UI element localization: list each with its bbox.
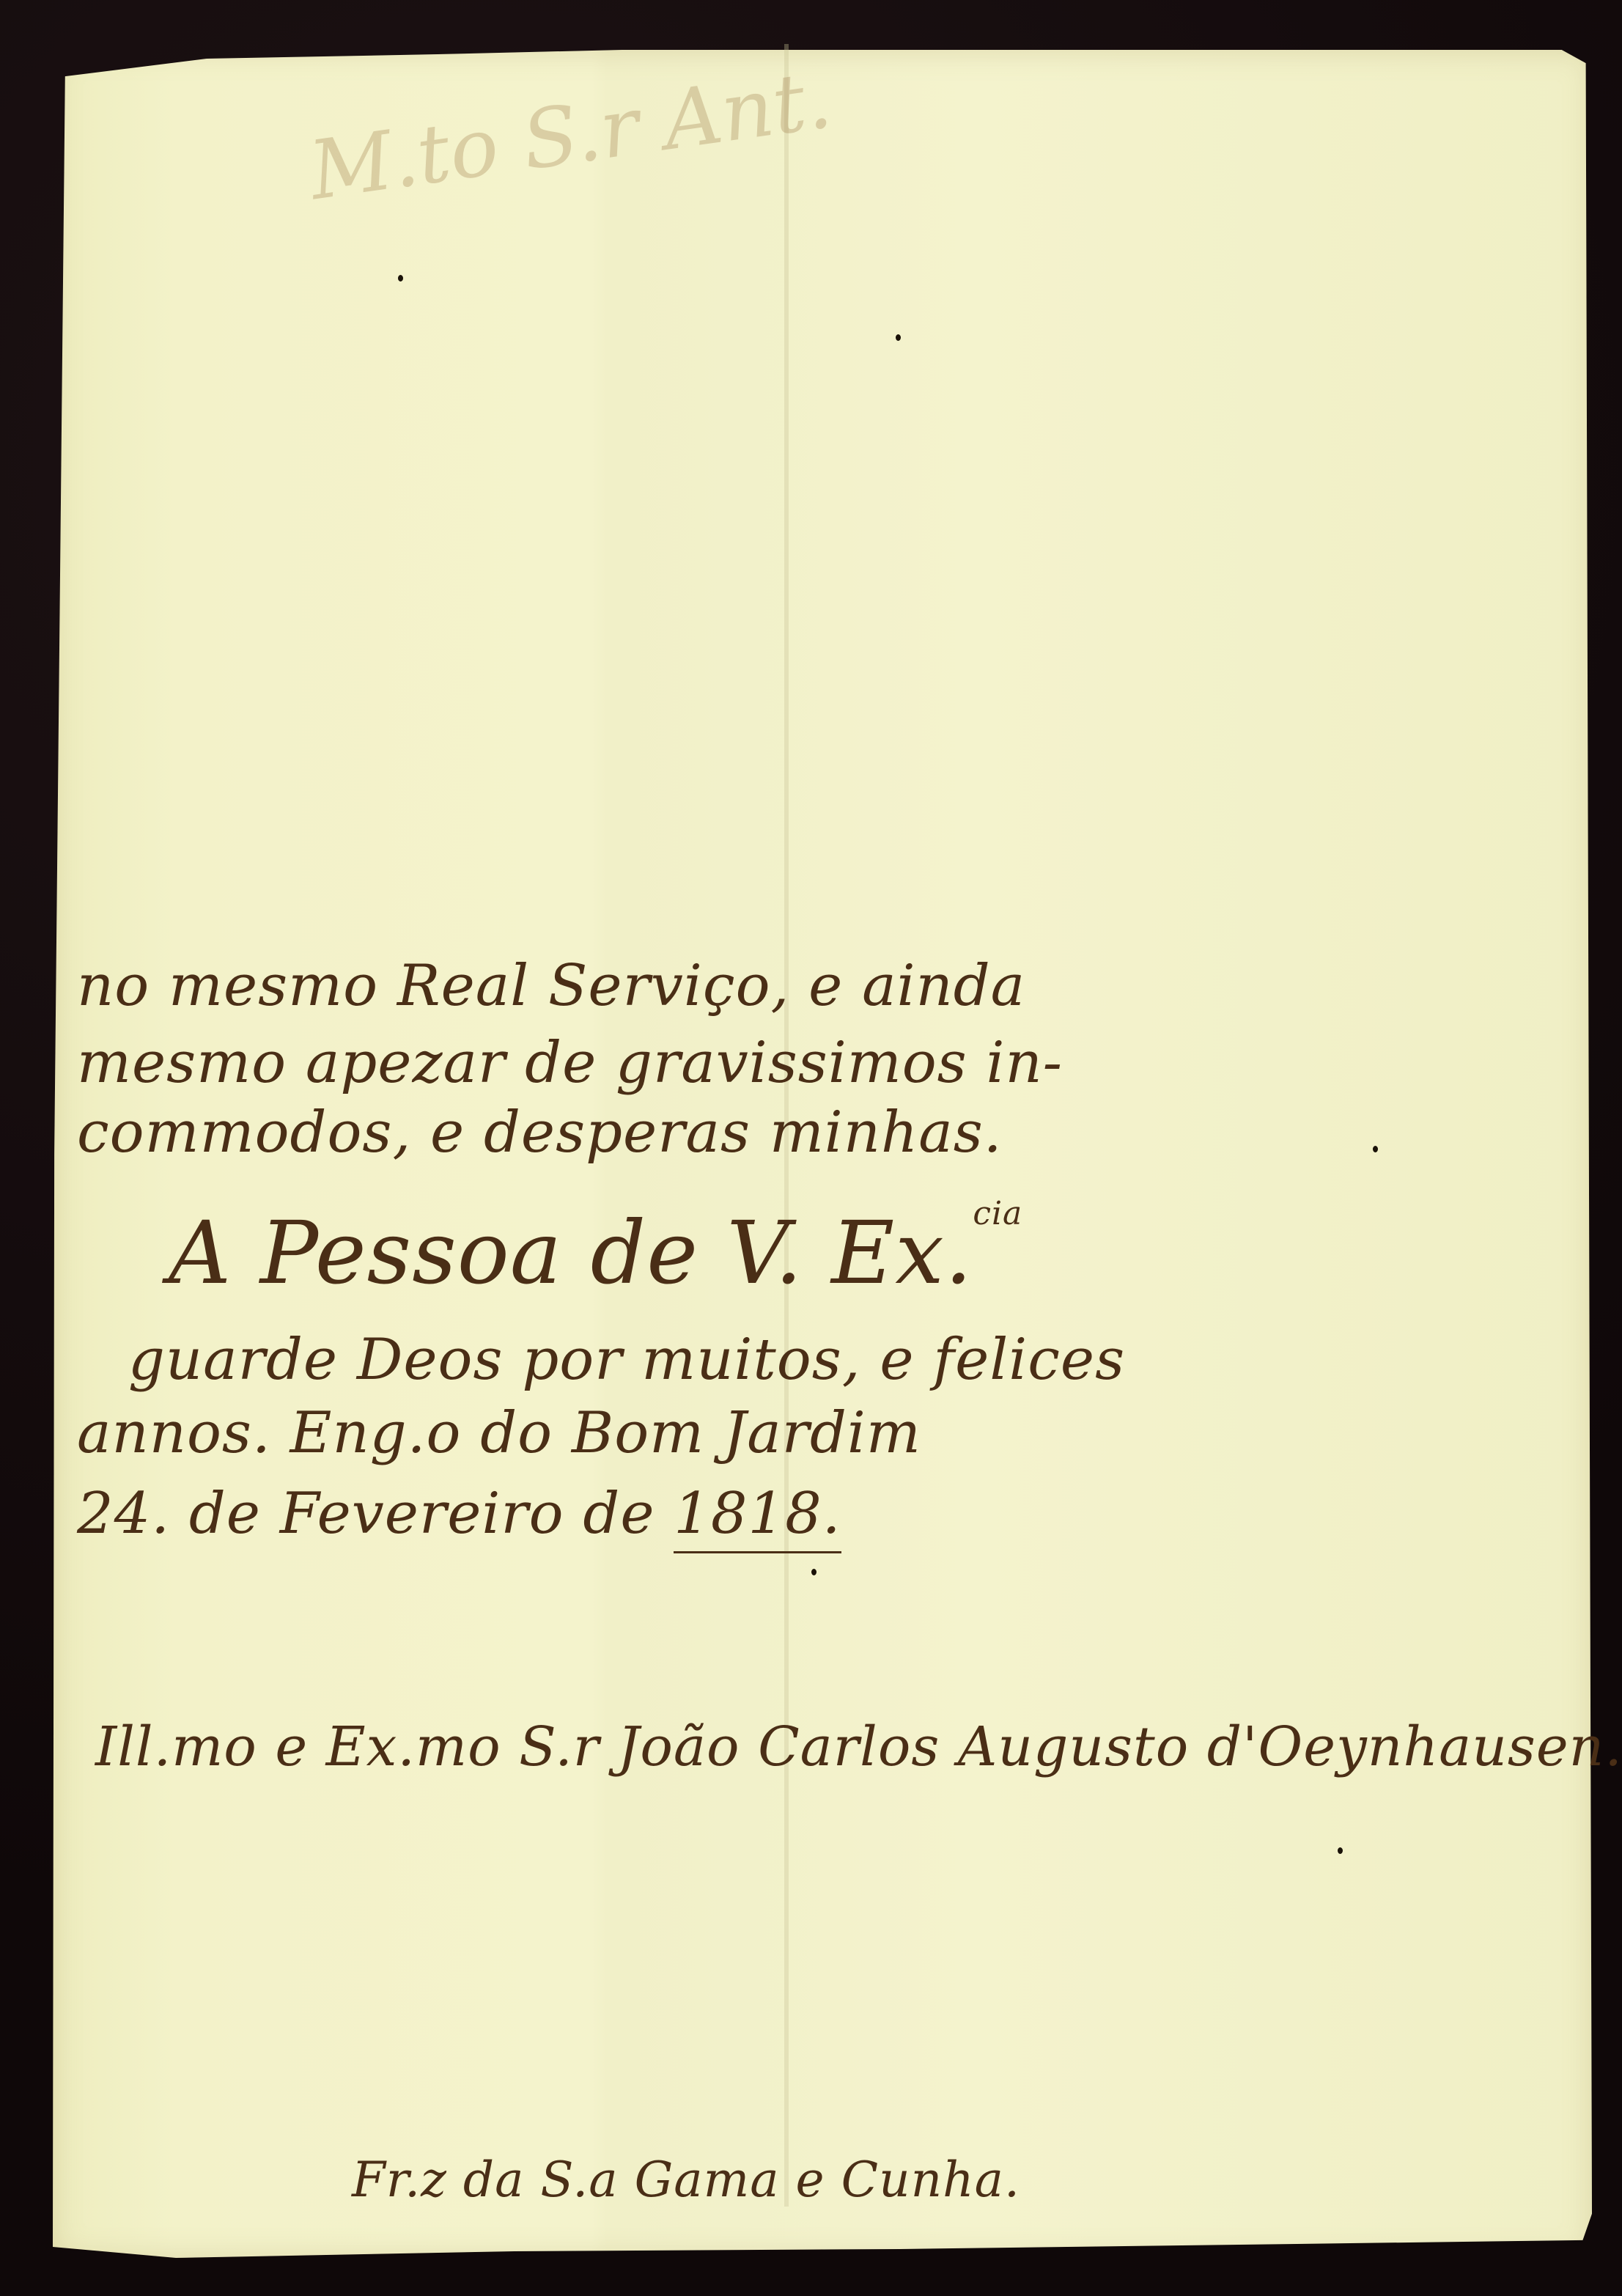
body-line-3: commodos, e desperas minhas. — [77, 1100, 1003, 1166]
closing-text: A Pessoa de V. Ex. — [169, 1202, 973, 1303]
blessing-line-1: guarde Deos por muitos, e felices — [128, 1327, 1125, 1393]
ink-speck — [1373, 1146, 1378, 1152]
addressee-line: Ill.mo e Ex.mo S.r João Carlos Augusto d… — [95, 1715, 1622, 1778]
ink-speck — [811, 1569, 816, 1575]
addressee-name: João Carlos Augusto d'Oeynhausen. — [618, 1715, 1622, 1778]
ink-speck — [896, 334, 901, 341]
ink-speck — [398, 275, 403, 282]
blessing-line-2: annos. Eng.o do Bom Jardim — [77, 1400, 921, 1466]
closing-superscript: cia — [973, 1195, 1022, 1232]
closing-formula: A Pessoa de V. Ex.cia — [169, 1202, 1022, 1303]
date-line: 24. de Fevereiro de 1818. — [77, 1481, 841, 1547]
addressee-honorific: Ill.mo e Ex.mo S.r — [95, 1715, 600, 1778]
date-prefix: 24. de Fevereiro de — [77, 1481, 674, 1547]
body-line-2: mesmo apezar de gravissimos in- — [77, 1030, 1063, 1096]
body-line-1: no mesmo Real Serviço, e ainda — [77, 953, 1025, 1019]
signature: Fr.z da S.a Gama e Cunha. — [352, 2152, 1020, 2208]
ink-speck — [1338, 1847, 1343, 1854]
date-year: 1818. — [674, 1481, 841, 1553]
